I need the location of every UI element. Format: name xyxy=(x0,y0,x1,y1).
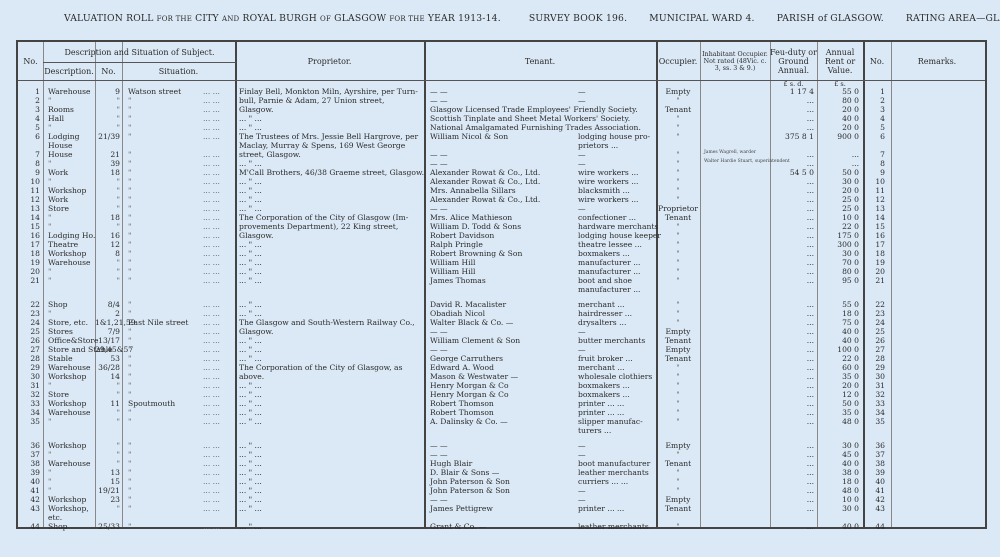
situation-dots: ... ... xyxy=(203,168,233,177)
row-feu-duty: ... xyxy=(770,363,814,372)
row-proprietor: ... " ... xyxy=(239,204,423,213)
row-situation: " xyxy=(128,372,198,381)
row-situation: " xyxy=(128,231,198,240)
situation-dots: ... ... xyxy=(203,486,233,495)
row-number-right: 29 xyxy=(863,363,885,372)
row-occupier: " xyxy=(656,186,700,195)
row-occupier: " xyxy=(656,240,700,249)
row-street-number: 18 xyxy=(95,168,120,177)
row-street-number: " xyxy=(95,186,120,195)
row-number-right: 26 xyxy=(863,336,885,345)
survey-book: SURVEY BOOK 196. xyxy=(529,13,627,24)
row-tenant: Henry Morgan & Co xyxy=(430,381,580,390)
row-description: Shop xyxy=(48,300,96,309)
row-annual-rent: 30 0 xyxy=(817,504,859,513)
row-street-number: 13 xyxy=(95,468,120,477)
table-row: 12Work"" ... " ...Alexander Rowat & Co.,… xyxy=(18,195,985,204)
row-occupier: Tenant xyxy=(656,213,700,222)
row-number-right: 3 xyxy=(863,105,885,114)
row-number-right: 9 xyxy=(863,168,885,177)
row-proprietor: ... " ... xyxy=(239,249,423,258)
row-proprietor: ... " ... xyxy=(239,459,423,468)
table-row: manufacturer ... xyxy=(18,285,985,294)
row-annual-rent: 40 0 xyxy=(817,522,859,531)
situation-dots: ... ... xyxy=(203,309,233,318)
table-row: 10""" ... " ...Alexander Rowat & Co., Lt… xyxy=(18,177,985,186)
row-annual-rent: 50 0 xyxy=(817,168,859,177)
row-feu-duty: ... xyxy=(770,276,814,285)
row-situation: " xyxy=(128,168,198,177)
row-annual-rent: 25 0 xyxy=(817,195,859,204)
row-annual-rent: 80 0 xyxy=(817,267,859,276)
situation-dots: ... ... xyxy=(203,159,233,168)
row-street-number: 8 xyxy=(95,249,120,258)
row-description: " xyxy=(48,177,96,186)
row-trade: drysalters ... xyxy=(578,318,656,327)
col-no: No. xyxy=(18,42,43,80)
situation-dots: ... ... xyxy=(203,459,233,468)
situation-dots: ... ... xyxy=(203,336,233,345)
row-description: Store, etc. xyxy=(48,318,96,327)
row-situation: " xyxy=(128,390,198,399)
row-tenant: — — xyxy=(430,159,580,168)
row-description: Work xyxy=(48,168,96,177)
row-occupier: " xyxy=(656,159,700,168)
row-description: " xyxy=(48,123,96,132)
situation-dots: ... ... xyxy=(203,363,233,372)
row-number: 42 xyxy=(18,495,40,504)
situation-dots: ... ... xyxy=(203,399,233,408)
row-tenant: William D. Todd & Sons xyxy=(430,222,580,231)
row-trade: manufacturer ... xyxy=(578,258,656,267)
row-annual-rent: 40 0 xyxy=(817,336,859,345)
row-trade: boot and shoe xyxy=(578,276,656,285)
row-number: 44 xyxy=(18,522,40,531)
valuation-table: No. Description and Situation of Subject… xyxy=(16,40,987,529)
row-occupier: " xyxy=(656,222,700,231)
row-annual-rent: 60 0 xyxy=(817,363,859,372)
row-number: 15 xyxy=(18,222,40,231)
row-feu-duty: ... xyxy=(770,159,814,168)
row-occupier: " xyxy=(656,300,700,309)
row-street-number: 25/33 xyxy=(95,522,120,531)
row-tenant: Ralph Pringle xyxy=(430,240,580,249)
row-annual-rent: 100 0 xyxy=(817,345,859,354)
row-street-number: 7/9 xyxy=(95,327,120,336)
row-trade: — xyxy=(578,450,656,459)
table-row: 19Warehouse"" ... " ...William Hillmanuf… xyxy=(18,258,985,267)
row-feu-duty: ... xyxy=(770,123,814,132)
row-tenant: D. Blair & Sons — xyxy=(430,468,580,477)
row-occupier: " xyxy=(656,195,700,204)
row-situation: " xyxy=(128,150,198,159)
row-street-number: 1&1,21,59 xyxy=(95,318,120,327)
row-feu-duty: ... xyxy=(770,372,814,381)
situation-dots: ... ... xyxy=(203,114,233,123)
row-occupier: " xyxy=(656,96,700,105)
row-number: 16 xyxy=(18,231,40,240)
row-feu-duty: ... xyxy=(770,318,814,327)
row-occupier: Empty xyxy=(656,441,700,450)
row-situation: " xyxy=(128,114,198,123)
row-feu-duty: ... xyxy=(770,114,814,123)
row-number-right: 6 xyxy=(863,132,885,141)
row-number: 31 xyxy=(18,381,40,390)
table-row: 8"39" ... " ...— ——"Walter Hardie Stuart… xyxy=(18,159,985,168)
row-number-right: 11 xyxy=(863,186,885,195)
row-annual-rent: 20 0 xyxy=(817,381,859,390)
row-street-number: 39 xyxy=(95,159,120,168)
row-situation: " xyxy=(128,249,198,258)
row-number-right: 24 xyxy=(863,318,885,327)
row-situation: " xyxy=(128,345,198,354)
row-description: Stable xyxy=(48,354,96,363)
row-description: " xyxy=(48,381,96,390)
situation-dots: ... ... xyxy=(203,240,233,249)
row-annual-rent: 48 0 xyxy=(817,417,859,426)
situation-dots: ... ... xyxy=(203,231,233,240)
row-inhabitant: Walter Hardie Stuart, superintendent xyxy=(704,159,768,164)
row-tenant: Henry Morgan & Co xyxy=(430,390,580,399)
table-row: 33Workshop11Spoutmouth ... " ...Robert T… xyxy=(18,399,985,408)
row-street-number: " xyxy=(95,417,120,426)
row-proprietor: M'Call Brothers, 46/38 Graeme street, Gl… xyxy=(239,168,423,177)
row-occupier: " xyxy=(656,249,700,258)
situation-dots: ... ... xyxy=(203,105,233,114)
situation-dots: ... ... xyxy=(203,495,233,504)
row-street-number: 29,45&57 xyxy=(95,345,120,354)
row-description: " xyxy=(48,309,96,318)
row-proprietor: ... " ... xyxy=(239,123,423,132)
row-street-number: 19/21 xyxy=(95,486,120,495)
row-annual-rent: 38 0 xyxy=(817,468,859,477)
row-number-right: 37 xyxy=(863,450,885,459)
row-trade: fruit broker ... xyxy=(578,354,656,363)
row-number-right: 42 xyxy=(863,495,885,504)
row-annual-rent: 18 0 xyxy=(817,309,859,318)
row-annual-rent: 900 0 xyxy=(817,132,859,141)
row-proprietor: ... " ... xyxy=(239,522,423,531)
situation-dots: ... ... xyxy=(203,450,233,459)
row-description: Workshop xyxy=(48,249,96,258)
row-occupier: Tenant xyxy=(656,504,700,513)
row-description: Lodging xyxy=(48,132,96,141)
row-description: Workshop xyxy=(48,495,96,504)
row-description: Warehouse xyxy=(48,408,96,417)
table-row: 26Office&Store13/17" ... " ...William Cl… xyxy=(18,336,985,345)
row-annual-rent: 175 0 xyxy=(817,231,859,240)
situation-dots: ... ... xyxy=(203,204,233,213)
row-number: 32 xyxy=(18,390,40,399)
situation-dots: ... ... xyxy=(203,477,233,486)
row-proprietor: ... " ... xyxy=(239,114,423,123)
row-occupier: " xyxy=(656,309,700,318)
situation-dots: ... ... xyxy=(203,381,233,390)
row-occupier: " xyxy=(656,267,700,276)
row-number: 26 xyxy=(18,336,40,345)
row-number-right: 1 xyxy=(863,87,885,96)
row-street-number: " xyxy=(95,258,120,267)
row-situation: " xyxy=(128,354,198,363)
row-occupier: " xyxy=(656,486,700,495)
row-feu-duty: ... xyxy=(770,450,814,459)
row-occupier: " xyxy=(656,408,700,417)
row-proprietor: provements Department), 22 King street, xyxy=(239,222,423,231)
row-number: 33 xyxy=(18,399,40,408)
row-number: 18 xyxy=(18,249,40,258)
table-row: 29Warehouse36/28"The Corporation of the … xyxy=(18,363,985,372)
col-occupier: Occupier. xyxy=(656,42,700,80)
row-annual-rent: 20 0 xyxy=(817,123,859,132)
row-tenant: Hugh Blair xyxy=(430,459,580,468)
row-number-right: 43 xyxy=(863,504,885,513)
row-number: 41 xyxy=(18,486,40,495)
row-situation: " xyxy=(128,213,198,222)
table-row: 14"18"The Corporation of the City of Gla… xyxy=(18,213,985,222)
row-number: 3 xyxy=(18,105,40,114)
row-street-number: " xyxy=(95,408,120,417)
row-situation: " xyxy=(128,132,198,141)
row-situation: " xyxy=(128,522,198,531)
row-number: 29 xyxy=(18,363,40,372)
table-row: turers ... xyxy=(18,426,985,435)
situation-dots: ... ... xyxy=(203,441,233,450)
table-row: 28Stable53" ... " ...George Carruthersfr… xyxy=(18,354,985,363)
row-situation: " xyxy=(128,486,198,495)
row-feu-duty: ... xyxy=(770,150,814,159)
row-proprietor: ... " ... xyxy=(239,486,423,495)
row-number-right: 25 xyxy=(863,327,885,336)
situation-dots: ... ... xyxy=(203,318,233,327)
row-feu-duty: ... xyxy=(770,399,814,408)
row-tenant: William Hill xyxy=(430,258,580,267)
row-tenant: National Amalgamated Furnishing Trades A… xyxy=(430,123,580,132)
row-annual-rent: 55 0 xyxy=(817,300,859,309)
col-inhabitant: Inhabitant Occupier. Not rated (48Vic. c… xyxy=(700,42,770,80)
row-street-number: " xyxy=(95,195,120,204)
situation-dots: ... ... xyxy=(203,249,233,258)
table-header: No. Description and Situation of Subject… xyxy=(18,42,985,81)
row-description: " xyxy=(48,486,96,495)
row-proprietor: Glasgow. xyxy=(239,231,423,240)
row-number-right: 39 xyxy=(863,468,885,477)
situation-dots: ... ... xyxy=(203,417,233,426)
row-tenant: William Nicol & Son xyxy=(430,132,580,141)
row-description: Workshop xyxy=(48,441,96,450)
row-number-right: 22 xyxy=(863,300,885,309)
table-row: 44Shop25/33" ... " ...Grant & Co. —leath… xyxy=(18,522,985,531)
row-situation: " xyxy=(128,327,198,336)
row-description: Rooms xyxy=(48,105,96,114)
row-situation: " xyxy=(128,105,198,114)
row-trade: — xyxy=(578,495,656,504)
row-trade: wire workers ... xyxy=(578,177,656,186)
row-feu-duty: 1 17 4 xyxy=(770,87,814,96)
row-annual-rent: 75 0 xyxy=(817,318,859,327)
table-row: 34Warehouse"" ... " ...Robert Thomsonpri… xyxy=(18,408,985,417)
row-proprietor: ... " ... xyxy=(239,408,423,417)
row-trade: wholesale clothiers xyxy=(578,372,656,381)
row-occupier: " xyxy=(656,276,700,285)
row-feu-duty: ... xyxy=(770,96,814,105)
row-number: 20 xyxy=(18,267,40,276)
row-annual-rent: 48 0 xyxy=(817,486,859,495)
row-annual-rent: 18 0 xyxy=(817,477,859,486)
table-row: 7House21" street, Glasgow.— ——"James Wag… xyxy=(18,150,985,159)
page-header: VALUATION ROLL FOR THE CITY AND ROYAL BU… xyxy=(64,13,992,24)
row-proprietor: Finlay Bell, Monkton Miln, Ayrshire, per… xyxy=(239,87,423,96)
row-occupier: " xyxy=(656,522,700,531)
table-row: 37""" ... " ...— ——"...45 037... ... xyxy=(18,450,985,459)
row-number: 4 xyxy=(18,114,40,123)
row-situation: " xyxy=(128,336,198,345)
row-street-number: " xyxy=(95,450,120,459)
row-description: " xyxy=(48,213,96,222)
row-proprietor: ... " ... xyxy=(239,354,423,363)
table-row: 11Workshop"" ... " ...Mrs. Annabella Sil… xyxy=(18,186,985,195)
row-feu-duty: ... xyxy=(770,417,814,426)
row-description: etc. xyxy=(48,513,96,522)
row-annual-rent: 40 0 xyxy=(817,114,859,123)
row-description: Stores xyxy=(48,327,96,336)
row-feu-duty: ... xyxy=(770,105,814,114)
row-tenant: — — xyxy=(430,204,580,213)
table-row: 36Workshop"" ... " ...— ——Empty...30 036… xyxy=(18,441,985,450)
table-row: etc. xyxy=(18,513,985,522)
row-feu-duty: ... xyxy=(770,354,814,363)
row-feu-duty: ... xyxy=(770,381,814,390)
row-trade: butter merchants xyxy=(578,336,656,345)
row-annual-rent: 300 0 xyxy=(817,240,859,249)
row-description: " xyxy=(48,159,96,168)
row-inhabitant: James Wagrell, warder xyxy=(704,150,768,155)
row-occupier: " xyxy=(656,150,700,159)
row-description: Workshop xyxy=(48,399,96,408)
row-tenant: Robert Browning & Son xyxy=(430,249,580,258)
row-occupier: " xyxy=(656,231,700,240)
row-occupier: Proprietor xyxy=(656,204,700,213)
row-feu-duty: ... xyxy=(770,258,814,267)
table-row: 38Warehouse"" ... " ...Hugh Blairboot ma… xyxy=(18,459,985,468)
row-description: " xyxy=(48,450,96,459)
table-row: 39"13" ... " ...D. Blair & Sons —leather… xyxy=(18,468,985,477)
row-tenant: Robert Thomson xyxy=(430,408,580,417)
row-annual-rent: 95 0 xyxy=(817,276,859,285)
row-number-right: 17 xyxy=(863,240,885,249)
row-annual-rent: 35 0 xyxy=(817,408,859,417)
situation-dots: ... ... xyxy=(203,150,233,159)
table-row: 42Workshop23" ... " ...— ——Empty...10 04… xyxy=(18,495,985,504)
row-occupier: " xyxy=(656,390,700,399)
row-proprietor: ... " ... xyxy=(239,309,423,318)
parish: PARISH of GLASGOW. xyxy=(777,13,884,24)
row-street-number: " xyxy=(95,222,120,231)
row-feu-duty: ... xyxy=(770,477,814,486)
row-number: 2 xyxy=(18,96,40,105)
row-annual-rent: 80 0 xyxy=(817,96,859,105)
row-number: 17 xyxy=(18,240,40,249)
row-feu-duty: ... xyxy=(770,240,814,249)
row-proprietor: The Corporation of the City of Glasgow, … xyxy=(239,363,423,372)
row-annual-rent: 30 0 xyxy=(817,177,859,186)
row-proprietor: ... " ... xyxy=(239,399,423,408)
table-row: 17Theatre12" ... " ...Ralph Pringletheat… xyxy=(18,240,985,249)
row-annual-rent: 12 0 xyxy=(817,390,859,399)
row-proprietor: ... " ... xyxy=(239,177,423,186)
row-trade: printer ... ... xyxy=(578,504,656,513)
row-feu-duty: ... xyxy=(770,504,814,513)
row-number: 30 xyxy=(18,372,40,381)
row-tenant: — — xyxy=(430,87,580,96)
row-trade: printer ... ... xyxy=(578,408,656,417)
row-situation: " xyxy=(128,300,198,309)
row-number-right: 41 xyxy=(863,486,885,495)
row-feu-duty: ... xyxy=(770,231,814,240)
row-proprietor: ... " ... xyxy=(239,468,423,477)
row-trade: — xyxy=(578,345,656,354)
row-street-number: 23 xyxy=(95,495,120,504)
row-proprietor: ... " ... xyxy=(239,417,423,426)
row-situation: " xyxy=(128,195,198,204)
row-description: Store and Stable xyxy=(48,345,96,354)
row-proprietor: The Glasgow and South-Western Railway Co… xyxy=(239,318,423,327)
table-row: 13Store"" ... " ...— ——Proprietor...25 0… xyxy=(18,204,985,213)
row-situation: " xyxy=(128,258,198,267)
table-row: 4Hall"" ... " ...Scottish Tinplate and S… xyxy=(18,114,985,123)
row-situation: " xyxy=(128,159,198,168)
situation-dots: ... ... xyxy=(203,504,233,513)
row-tenant: — — xyxy=(430,345,580,354)
row-tenant: A. Dalinsky & Co. — xyxy=(430,417,580,426)
row-trade: manufacturer ... xyxy=(578,267,656,276)
table-row: 27Store and Stable29,45&57" ... " ...— —… xyxy=(18,345,985,354)
table-row: 2""" bull, Parnie & Adam, 27 Union stree… xyxy=(18,96,985,105)
row-annual-rent: 35 0 xyxy=(817,372,859,381)
row-trade: prietors ... xyxy=(578,141,656,150)
row-number-right: 2 xyxy=(863,96,885,105)
row-tenant: Glasgow Licensed Trade Employees' Friend… xyxy=(430,105,580,114)
row-occupier: " xyxy=(656,399,700,408)
col-feu-duty: Feu-duty or Ground Annual. xyxy=(770,42,817,80)
row-street-number: " xyxy=(95,177,120,186)
row-number: 19 xyxy=(18,258,40,267)
row-proprietor: Glasgow. xyxy=(239,327,423,336)
row-number-right: 31 xyxy=(863,381,885,390)
row-street-number: 8/4 xyxy=(95,300,120,309)
row-proprietor: ... " ... xyxy=(239,258,423,267)
row-proprietor: ... " ... xyxy=(239,345,423,354)
row-annual-rent: ... xyxy=(817,150,859,159)
row-proprietor: The Corporation of the City of Glasgow (… xyxy=(239,213,423,222)
row-description: Store xyxy=(48,390,96,399)
row-number-right: 14 xyxy=(863,213,885,222)
row-trade: — xyxy=(578,441,656,450)
row-annual-rent: 70 0 xyxy=(817,258,859,267)
row-street-number: 11 xyxy=(95,399,120,408)
row-description: " xyxy=(48,417,96,426)
table-row: 41"19/21" ... " ...John Paterson & Son—"… xyxy=(18,486,985,495)
row-occupier: " xyxy=(656,450,700,459)
row-tenant: Alexander Rowat & Co., Ltd. xyxy=(430,168,580,177)
row-number: 23 xyxy=(18,309,40,318)
row-situation: " xyxy=(128,450,198,459)
row-street-number: " xyxy=(95,114,120,123)
table-row: 24Store, etc.1&1,21,59East Nile streetTh… xyxy=(18,318,985,327)
row-number: 5 xyxy=(18,123,40,132)
row-occupier: " xyxy=(656,168,700,177)
row-description: " xyxy=(48,468,96,477)
row-situation: " xyxy=(128,267,198,276)
